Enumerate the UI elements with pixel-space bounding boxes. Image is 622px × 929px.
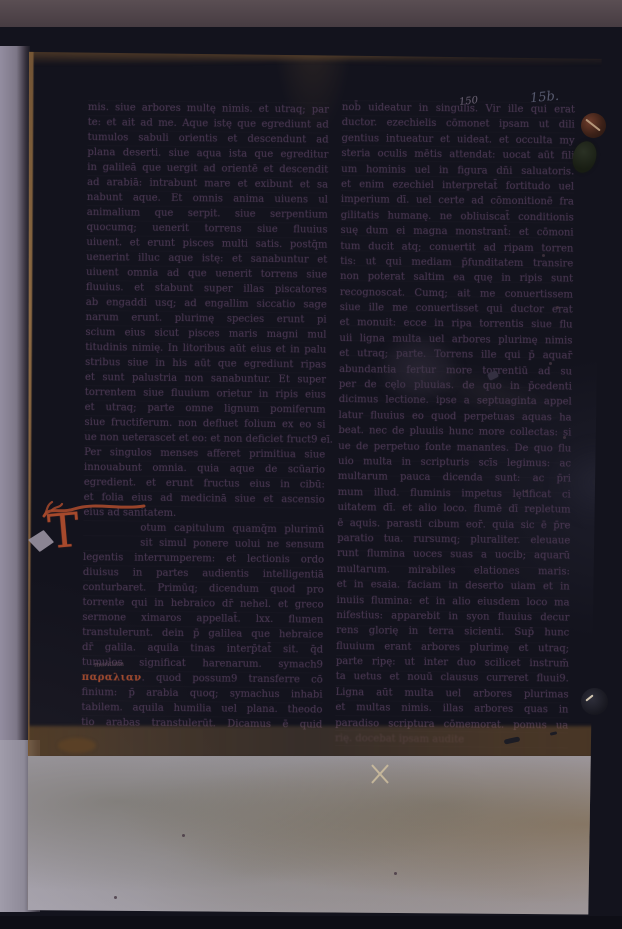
wormhole-speck <box>556 306 559 309</box>
bottom-speck <box>182 834 185 837</box>
brown-stain-blob <box>58 738 96 753</box>
top-edge-stain <box>22 44 604 70</box>
text-line: et in esaia. faciam in deserto uiam et i… <box>337 577 570 595</box>
bottom-speck <box>394 872 397 875</box>
photo-bottom-band <box>0 916 622 929</box>
manuscript-photo-frame: 150 15b. mis. siue arbores multę nimis. … <box>0 0 622 929</box>
binding-stud-bottom <box>581 688 608 715</box>
bottom-speck <box>114 896 117 899</box>
scratch-x-mark <box>368 762 392 786</box>
manuscript-page: 150 15b. mis. siue arbores multę nimis. … <box>22 44 604 918</box>
interlinear-gloss: maritima <box>94 659 124 668</box>
illuminated-initial: T <box>46 507 81 557</box>
wormhole-speck <box>549 362 552 365</box>
bottom-margin-strip <box>26 756 604 918</box>
facing-page-edge <box>0 46 30 746</box>
text-line: suę dum ei magna monstrant̄: et cōmoni <box>341 223 574 241</box>
wormhole-speck <box>563 436 566 439</box>
text-column-left: mis. siue arbores multę nimis. et utraq;… <box>81 100 329 733</box>
wormhole-speck <box>525 490 528 493</box>
text-column-right: nob̄ uideatur in singulis. Vir ille qui … <box>335 100 575 749</box>
binding-stud-top <box>581 113 606 138</box>
wormhole-speck <box>542 254 545 257</box>
rubric-word: παραλιαν <box>82 672 142 684</box>
photo-top-band <box>0 0 622 27</box>
